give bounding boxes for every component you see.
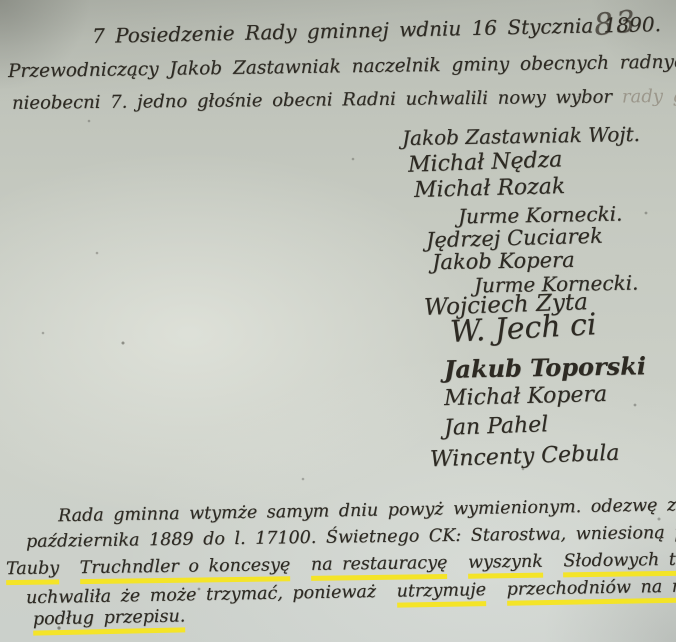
highlight-restaurant: na restauracyę	[311, 553, 448, 581]
attendance-line-faint: rady gminnej	[622, 85, 676, 107]
signature-jakob-kopera: Jakob Kopera	[432, 248, 575, 274]
resolution-line-5: podług przepisu.	[33, 606, 186, 635]
signature-michal-rozak: Michał Rozak	[414, 174, 566, 203]
resolution-line-1: Rada gminna wtymże samym dniu powyż wymi…	[58, 494, 676, 526]
signature-jan-pahel: Jan Pahel	[444, 412, 549, 441]
signature-michal-kopera: Michał Kopera	[444, 382, 608, 411]
highlight-overnight-travelers: przechodniów na nocleg	[506, 576, 676, 606]
chairman-line: Przewodniczący Jakob Zastawniak naczelni…	[8, 51, 676, 82]
meeting-title-line: 7 Posiedzenie Rady gminnej wdniu 16 Styc…	[92, 12, 661, 48]
highlight-applicant-surname-concession: Truchndler o koncesyę	[80, 555, 291, 584]
manuscript-page: 83 7 Posiedzenie Rady gminnej wdniu 16 S…	[0, 0, 676, 642]
signature-jakub-toporski: Jakub Toporski	[444, 351, 646, 384]
attendance-line-main: nieobecni 7. jedno głośnie obecni Radni …	[12, 87, 612, 114]
paper-speckles	[0, 0, 2, 2]
signature-michal-nedza: Michał Nędza	[408, 147, 563, 177]
resolution-line-2: października 1889 do l. 17100. Świetnego…	[26, 522, 676, 552]
highlight-liquor-sale: wyszynk	[468, 552, 543, 579]
resolution-line-4-plain: uchwaliła że może trzymać, ponieważ	[26, 582, 376, 608]
highlight-according-to-regulation: podług przepisu.	[33, 606, 186, 635]
attendance-line: nieobecni 7. jedno głośnie obecni Radni …	[12, 85, 676, 114]
highlight-utrzymuje: utrzymuje	[396, 580, 486, 608]
signature-jakob-zastawniak: Jakob Zastawniak Wojt.	[402, 122, 640, 150]
signature-wincenty-cebula: Wincenty Cebula	[430, 441, 620, 473]
signature-w-jech: W. Jech ci	[449, 307, 597, 350]
highlight-applicant-first-name: Tauby	[6, 558, 59, 585]
highlight-malt-drinks: Słodowych trunków,	[563, 549, 676, 578]
